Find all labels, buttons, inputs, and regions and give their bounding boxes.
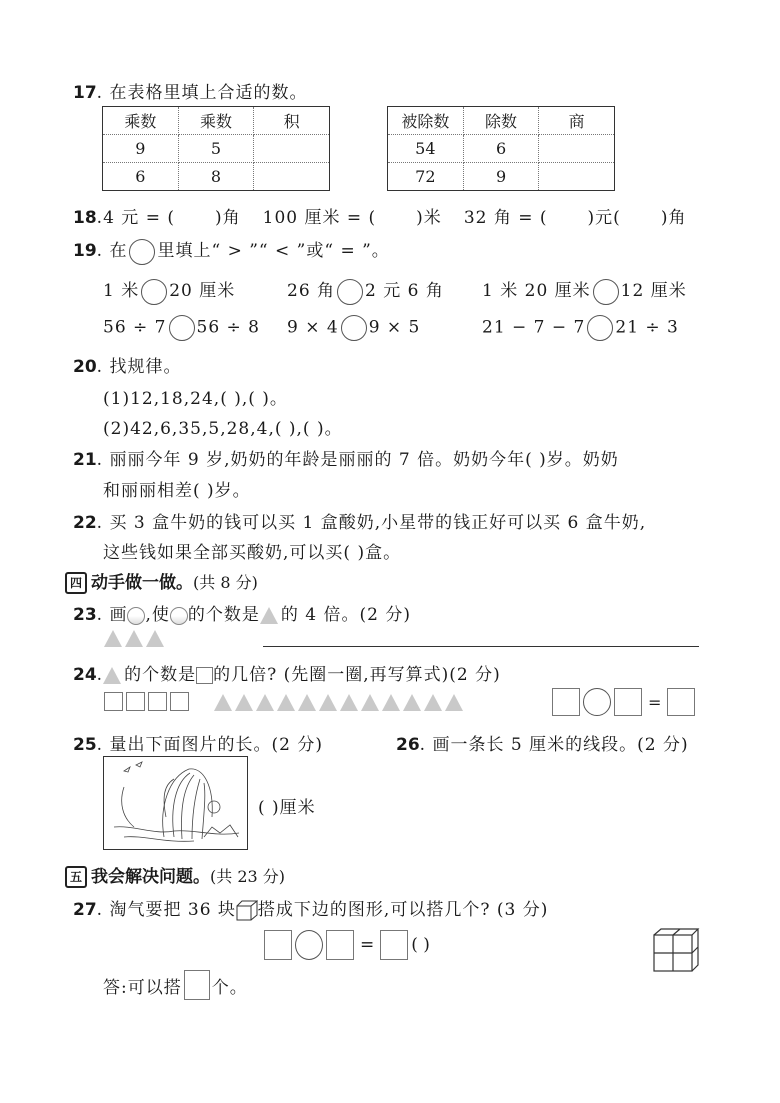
q21-line2[interactable]: 和丽丽相差( )岁。 xyxy=(103,476,251,501)
equals-sign: = xyxy=(360,935,374,955)
triangle-icon xyxy=(103,667,121,684)
operator-circle[interactable] xyxy=(295,930,323,960)
q23-number: 23 xyxy=(73,605,97,625)
answer-box[interactable] xyxy=(184,970,210,1000)
compare-right: 56 ÷ 8 xyxy=(197,318,261,338)
compare-left: 9 × 4 xyxy=(287,318,339,338)
square-icon xyxy=(196,667,213,684)
triangle-icon xyxy=(214,694,232,711)
q18-number: 18 xyxy=(73,208,97,228)
q21-line1: 21. 丽丽今年 9 岁,奶奶的年龄是丽丽的 7 倍。奶奶今年( )岁。奶奶 xyxy=(73,445,619,470)
answer-cell[interactable] xyxy=(539,163,615,191)
q22-line1: 22. 买 3 盒牛奶的钱可以买 1 盒酸奶,小星带的钱正好可以买 6 盒牛奶, xyxy=(73,508,646,533)
equation-box[interactable] xyxy=(552,688,580,716)
table-header: 被除数 xyxy=(388,107,464,135)
q26-title: 26. 画一条长 5 厘米的线段。(2 分) xyxy=(396,730,689,755)
table-header: 乘数 xyxy=(103,107,179,135)
section-4-header: 四动手做一做。(共 8 分) xyxy=(65,568,258,594)
q25-answer[interactable]: ( )厘米 xyxy=(258,793,316,818)
compare-left: 1 米 xyxy=(103,281,139,301)
q24-title: 24.的个数是的几倍? (先圈一圈,再写算式)(2 分) xyxy=(73,660,501,685)
q25-text: . 量出下面图片的长。(2 分) xyxy=(97,735,323,755)
answer-cell[interactable] xyxy=(539,135,615,163)
q24-text: 的个数是 xyxy=(124,665,196,685)
table-header: 乘数 xyxy=(178,107,254,135)
q21-number: 21 xyxy=(73,450,97,470)
triangle-icon xyxy=(382,694,400,711)
answer-cell[interactable] xyxy=(254,163,330,191)
triangle-icon xyxy=(319,694,337,711)
table-cell: 8 xyxy=(178,163,254,191)
triangle-icon xyxy=(445,694,463,711)
q27-title: 27. 淘气要把 36 块搭成下边的图形,可以搭几个? (3 分) xyxy=(73,895,548,922)
q27-answer: 答:可以搭 个。 xyxy=(103,970,248,1000)
q24-equation: = xyxy=(552,688,695,716)
square-icon xyxy=(126,692,145,711)
equals-sign: = xyxy=(648,693,661,712)
q23-title: 23. 画,使的个数是的 4 倍。(2 分) xyxy=(73,600,411,625)
table-header: 除数 xyxy=(463,107,539,135)
table-cell: 5 xyxy=(178,135,254,163)
table-cell: 6 xyxy=(463,135,539,163)
triangle-icon xyxy=(277,694,295,711)
q19-number: 19 xyxy=(73,241,97,261)
q20-sub1[interactable]: (1)12,18,24,( ),( )。 xyxy=(103,384,288,409)
section-title: 我会解决问题。 xyxy=(91,867,210,887)
q24-squares xyxy=(104,692,189,711)
willow-picture xyxy=(103,756,248,850)
q23-text: . 画 xyxy=(97,605,128,625)
square-icon xyxy=(148,692,167,711)
q18-part: )米 xyxy=(416,208,442,228)
stacked-cubes-icon xyxy=(652,927,700,973)
compare-left: 26 角 xyxy=(287,281,335,301)
q25-title: 25. 量出下面图片的长。(2 分) xyxy=(73,730,323,755)
compare-right: 21 ÷ 3 xyxy=(615,318,679,338)
triangle-icon xyxy=(260,607,278,624)
q27-equation: = ( ) xyxy=(264,930,430,960)
circle-icon xyxy=(170,607,188,625)
triangle-icon xyxy=(104,630,122,647)
table-cell: 9 xyxy=(103,135,179,163)
result-box[interactable] xyxy=(667,688,695,716)
compare-item: 1 米 20 厘米12 厘米 xyxy=(482,276,687,305)
compare-circle[interactable] xyxy=(593,279,619,305)
triangle-icon xyxy=(403,694,421,711)
q26-number: 26 xyxy=(396,735,420,755)
section-5-header: 五我会解决问题。(共 23 分) xyxy=(65,862,285,888)
answer-cell[interactable] xyxy=(254,135,330,163)
triangle-icon xyxy=(361,694,379,711)
q23-text: ,使 xyxy=(145,605,169,625)
table-cell: 72 xyxy=(388,163,464,191)
triangle-icon xyxy=(125,630,143,647)
q22-number: 22 xyxy=(73,513,97,533)
triangle-icon xyxy=(146,630,164,647)
q23-text: 的 4 倍。(2 分) xyxy=(281,605,411,625)
triangle-icon xyxy=(298,694,316,711)
multiplication-table: 乘数 乘数 积 9 5 6 8 xyxy=(102,106,330,191)
q19-title: 19. 在里填上“ > ”“ < ”或“ = ”。 xyxy=(73,236,390,265)
compare-left: 56 ÷ 7 xyxy=(103,318,167,338)
q17-title: 17. 在表格里填上合适的数。 xyxy=(73,78,307,103)
q17-text: . 在表格里填上合适的数。 xyxy=(97,83,308,103)
drawing-line[interactable] xyxy=(263,646,699,647)
q20-sub2[interactable]: (2)42,6,35,5,28,4,( ),( )。 xyxy=(103,414,343,439)
compare-right: 12 厘米 xyxy=(621,281,687,301)
equation-box[interactable] xyxy=(264,930,292,960)
willow-illustration-icon xyxy=(104,757,247,849)
q27-number: 27 xyxy=(73,900,97,920)
cube-icon xyxy=(236,900,258,922)
table-header: 商 xyxy=(539,107,615,135)
compare-item: 9 × 49 × 5 xyxy=(287,315,420,341)
compare-circle[interactable] xyxy=(587,315,613,341)
result-box[interactable] xyxy=(380,930,408,960)
q22-line2[interactable]: 这些钱如果全部买酸奶,可以买( )盒。 xyxy=(103,538,401,563)
operator-circle[interactable] xyxy=(583,688,611,716)
q21-text[interactable]: . 丽丽今年 9 岁,奶奶的年龄是丽丽的 7 倍。奶奶今年( )岁。奶奶 xyxy=(97,450,619,470)
square-icon xyxy=(104,692,123,711)
q22-text: . 买 3 盒牛奶的钱可以买 1 盒酸奶,小星带的钱正好可以买 6 盒牛奶, xyxy=(97,513,647,533)
section-title: 动手做一做。 xyxy=(91,573,193,593)
table-cell: 9 xyxy=(463,163,539,191)
q20-text: . 找规律。 xyxy=(97,357,182,377)
square-icon xyxy=(170,692,189,711)
unit-blank[interactable]: ( ) xyxy=(411,935,430,955)
compare-right: 9 × 5 xyxy=(369,318,421,338)
table-row: 54 6 xyxy=(388,135,615,163)
q19-text: . 在 xyxy=(97,241,128,261)
q23-triangles xyxy=(104,628,167,647)
q18-part: )元( xyxy=(588,208,621,228)
q20-title: 20. 找规律。 xyxy=(73,352,181,377)
compare-right: 2 元 6 角 xyxy=(365,281,444,301)
table-row: 72 9 xyxy=(388,163,615,191)
compare-circle[interactable] xyxy=(169,315,195,341)
q25-number: 25 xyxy=(73,735,97,755)
table-cell: 6 xyxy=(103,163,179,191)
table-row: 6 8 xyxy=(103,163,330,191)
q19-text: 里填上“ > ”“ < ”或“ = ”。 xyxy=(157,241,389,261)
q17-number: 17 xyxy=(73,83,97,103)
answer-prefix: 答:可以搭 xyxy=(103,973,182,998)
table-cell: 54 xyxy=(388,135,464,163)
compare-item: 21 − 7 − 721 ÷ 3 xyxy=(482,315,679,341)
compare-right: 20 厘米 xyxy=(169,281,235,301)
table-row: 9 5 xyxy=(103,135,330,163)
section-badge: 五 xyxy=(65,866,87,888)
triangle-icon xyxy=(424,694,442,711)
q18-part: 100 厘米 = ( xyxy=(263,208,377,228)
table-header: 积 xyxy=(254,107,330,135)
compare-circle[interactable] xyxy=(341,315,367,341)
section-score: (共 8 分) xyxy=(193,573,258,592)
circle-icon xyxy=(129,239,155,265)
q24-triangles[interactable] xyxy=(214,692,466,711)
section-score: (共 23 分) xyxy=(210,867,285,886)
q24-number: 24 xyxy=(73,665,97,685)
q20-number: 20 xyxy=(73,357,97,377)
triangle-icon xyxy=(340,694,358,711)
compare-circle[interactable] xyxy=(141,279,167,305)
circle-icon xyxy=(127,607,145,625)
q23-text: 的个数是 xyxy=(188,605,260,625)
q18-part: )角 xyxy=(215,208,241,228)
q18-line: 18.4 元 = ()角100 厘米 = ()米32 角 = ()元()角 xyxy=(73,203,686,228)
answer-suffix: 个。 xyxy=(212,973,248,998)
equation-box[interactable] xyxy=(614,688,642,716)
compare-item: 26 角2 元 6 角 xyxy=(287,276,444,305)
q18-part: 32 角 = ( xyxy=(464,208,548,228)
q26-text: . 画一条长 5 厘米的线段。(2 分) xyxy=(420,735,689,755)
q27-text: 搭成下边的图形,可以搭几个? (3 分) xyxy=(258,900,548,920)
q24-text: 的几倍? (先圈一圈,再写算式)(2 分) xyxy=(213,665,501,685)
q27-text: . 淘气要把 36 块 xyxy=(97,900,236,920)
compare-item: 56 ÷ 756 ÷ 8 xyxy=(103,315,260,341)
triangle-icon xyxy=(235,694,253,711)
compare-left: 1 米 20 厘米 xyxy=(482,281,591,301)
triangle-icon xyxy=(256,694,274,711)
compare-left: 21 − 7 − 7 xyxy=(482,318,585,338)
q18-part: .4 元 = ( xyxy=(97,208,175,228)
equation-box[interactable] xyxy=(326,930,354,960)
section-badge: 四 xyxy=(65,572,87,594)
compare-circle[interactable] xyxy=(337,279,363,305)
division-table: 被除数 除数 商 54 6 72 9 xyxy=(387,106,615,191)
compare-item: 1 米20 厘米 xyxy=(103,276,235,305)
q18-part: )角 xyxy=(661,208,687,228)
